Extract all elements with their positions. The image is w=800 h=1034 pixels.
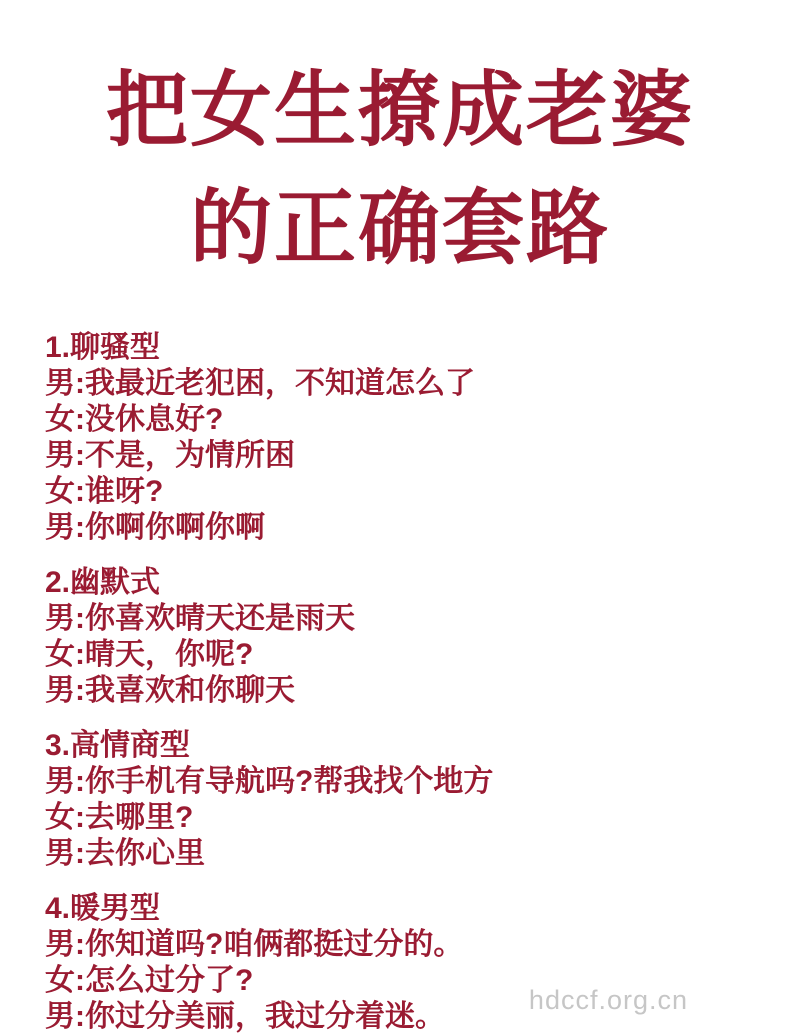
- dialog-line: 男:你知道吗?咱俩都挺过分的。: [45, 927, 770, 963]
- section-3: 3.高情商型 男:你手机有导航吗?帮我找个地方 女:去哪里? 男:去你心里: [45, 728, 770, 872]
- section-1: 1.聊骚型 男:我最近老犯困，不知道怎么了 女:没休息好? 男:不是，为情所困 …: [45, 330, 770, 546]
- section-heading: 4.暖男型: [45, 891, 770, 927]
- dialog-line: 男:你手机有导航吗?帮我找个地方: [45, 764, 770, 800]
- watermark: hdccf.org.cn: [529, 985, 688, 1016]
- dialog-line: 男:我最近老犯困，不知道怎么了: [45, 366, 770, 402]
- section-heading: 3.高情商型: [45, 728, 770, 764]
- dialog-line: 男:去你心里: [45, 836, 770, 872]
- dialog-line: 男:你喜欢晴天还是雨天: [45, 601, 770, 637]
- section-heading: 1.聊骚型: [45, 330, 770, 366]
- dialog-line: 男:我喜欢和你聊天: [45, 673, 770, 709]
- dialog-line: 女:谁呀?: [45, 474, 770, 510]
- poster: 把女生撩成老婆 的正确套路 1.聊骚型 男:我最近老犯困，不知道怎么了 女:没休…: [0, 0, 800, 1034]
- dialog-line: 女:没休息好?: [45, 402, 770, 438]
- poster-title: 把女生撩成老婆 的正确套路: [0, 0, 800, 288]
- poster-title-line-1: 把女生撩成老婆: [0, 52, 800, 170]
- dialog-line: 男:你啊你啊你啊: [45, 510, 770, 546]
- poster-title-line-2: 的正确套路: [0, 170, 800, 288]
- dialog-line: 男:不是，为情所困: [45, 438, 770, 474]
- section-heading: 2.幽默式: [45, 565, 770, 601]
- dialog-line: 女:去哪里?: [45, 800, 770, 836]
- dialog-line: 女:晴天，你呢?: [45, 637, 770, 673]
- section-2: 2.幽默式 男:你喜欢晴天还是雨天 女:晴天，你呢? 男:我喜欢和你聊天: [45, 565, 770, 709]
- poster-body: 1.聊骚型 男:我最近老犯困，不知道怎么了 女:没休息好? 男:不是，为情所困 …: [45, 330, 770, 1034]
